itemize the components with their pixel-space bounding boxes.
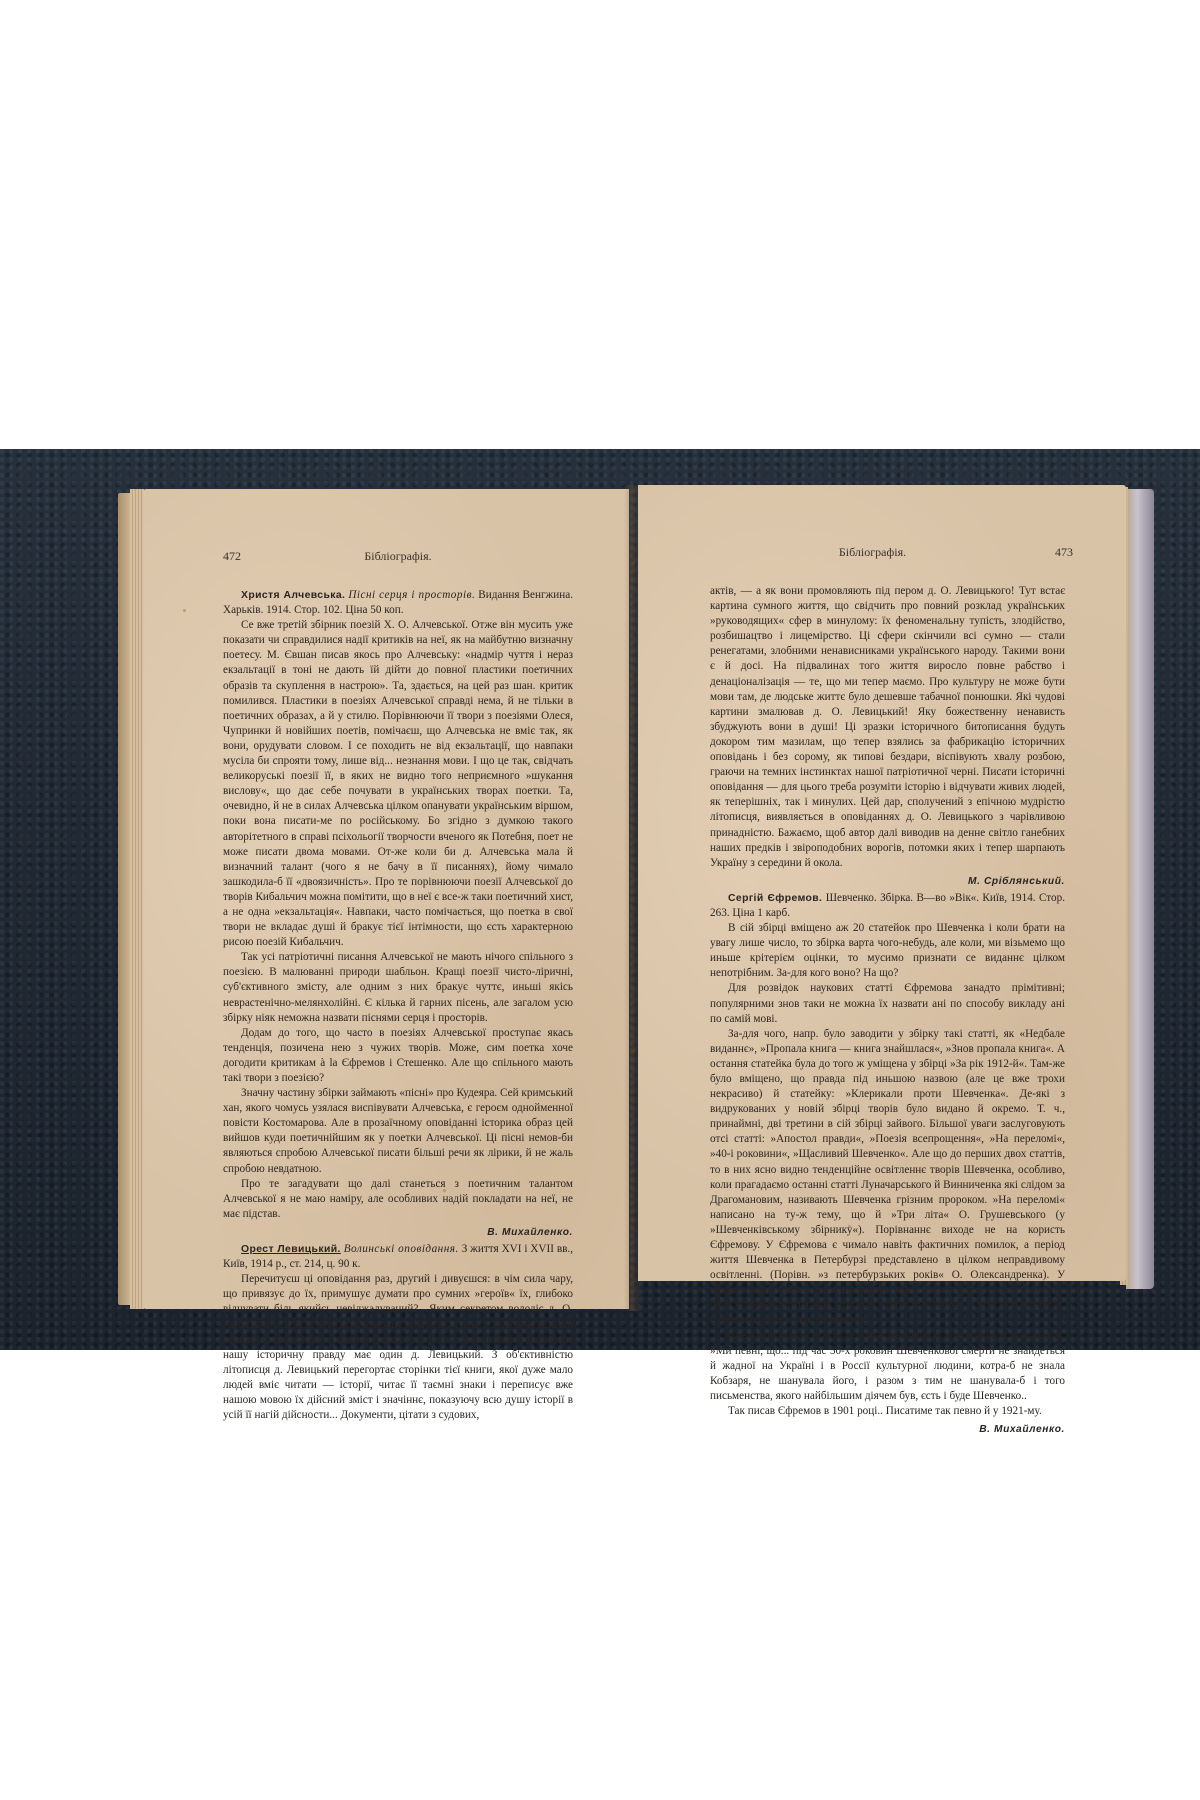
review-heading: Орест Левицький. Волинські оповідання. З… <box>223 1242 573 1272</box>
review-heading: Сергій Єфремов. Шевченко. Збірка. В—во »… <box>710 891 1065 921</box>
review-heading: Христя Алчевська. Пісні серця і просторі… <box>223 588 573 618</box>
binding-stitch: ▾ <box>628 562 638 568</box>
review-paragraph: Про те загадувати що далі станеться з по… <box>223 1177 573 1222</box>
review-signature: В. Михайленко. <box>223 1225 573 1240</box>
left-running-head: 472 Бібліографія. <box>223 549 573 565</box>
page-number: 473 <box>1055 545 1073 560</box>
continued-paragraph: актів, — а як вони промовляють під пером… <box>710 584 1065 871</box>
left-page-edges <box>130 489 144 1309</box>
book-photograph: 472 Бібліографія. Христя Алчевська. Пісн… <box>0 449 1200 1350</box>
left-page-text-block: 472 Бібліографія. Христя Алчевська. Пісн… <box>223 549 573 1423</box>
right-page-text-block: Бібліографія. 473 актів, — а як вони про… <box>710 545 1065 1439</box>
review-author: Христя Алчевська. <box>241 590 345 601</box>
open-book: 472 Бібліографія. Христя Алчевська. Пісн… <box>0 449 1200 1350</box>
right-running-head: Бібліографія. 473 <box>710 545 1065 561</box>
binding-stitch: + <box>628 711 638 717</box>
review-paragraph: В сій збірці вміщено аж 20 статейок про … <box>710 921 1065 981</box>
paper-fleck <box>183 609 186 612</box>
review-paragraph: Додам до того, що часто в поезіях Алчевс… <box>223 1026 573 1086</box>
right-page: Бібліографія. 473 актів, — а як вони про… <box>638 485 1126 1281</box>
review-signature: М. Сріблянський. <box>710 874 1065 889</box>
review-paragraph: Так писав Єфремов в 1901 році.. Писатиме… <box>710 1404 1065 1419</box>
left-page: 472 Бібліографія. Христя Алчевська. Пісн… <box>143 489 629 1309</box>
running-title: Бібліографія. <box>680 545 1065 560</box>
binding-stitch: + <box>628 879 638 885</box>
review-paragraph: Так усі патріотичні писання Алчевської н… <box>223 950 573 1025</box>
review-author: Орест Левицький. <box>241 1244 341 1255</box>
review-book-title: Пісні серця і просторів. <box>348 589 475 601</box>
review-paragraph: Значну частину збірки займають «пісні» п… <box>223 1086 573 1177</box>
running-title: Бібліографія. <box>223 549 573 564</box>
review-levytskyi: Орест Левицький. Волинські оповідання. З… <box>223 1242 573 1423</box>
review-paragraph: Але »найкраща« стаття се »40-і роковини«… <box>710 1329 1065 1404</box>
review-book-title: Шевченко. Збірка. <box>826 892 913 904</box>
binding-stitch: + <box>628 1219 638 1225</box>
review-paragraph: За-для чого, напр. було заводити у збірк… <box>710 1027 1065 1329</box>
binding-stitch: ▾ <box>628 1049 638 1055</box>
review-signature: В. Михайленко. <box>710 1422 1065 1437</box>
review-yefremov: Сергій Єфремов. Шевченко. Збірка. В—во »… <box>710 891 1065 1437</box>
review-author: Сергій Єфремов. <box>728 893 822 904</box>
review-book-title: Волинські оповідання. <box>344 1243 459 1255</box>
review-paragraph: Для розвідок наукових статті Єфремова за… <box>710 981 1065 1026</box>
review-alchevska: Христя Алчевська. Пісні серця і просторі… <box>223 588 573 1240</box>
review-paragraph: Се вже третій збірник поезій Х. О. Алчев… <box>223 618 573 950</box>
right-cover-edge <box>1126 489 1154 1289</box>
review-paragraph: Перечитуєш ці оповідання раз, другий і д… <box>223 1272 573 1423</box>
